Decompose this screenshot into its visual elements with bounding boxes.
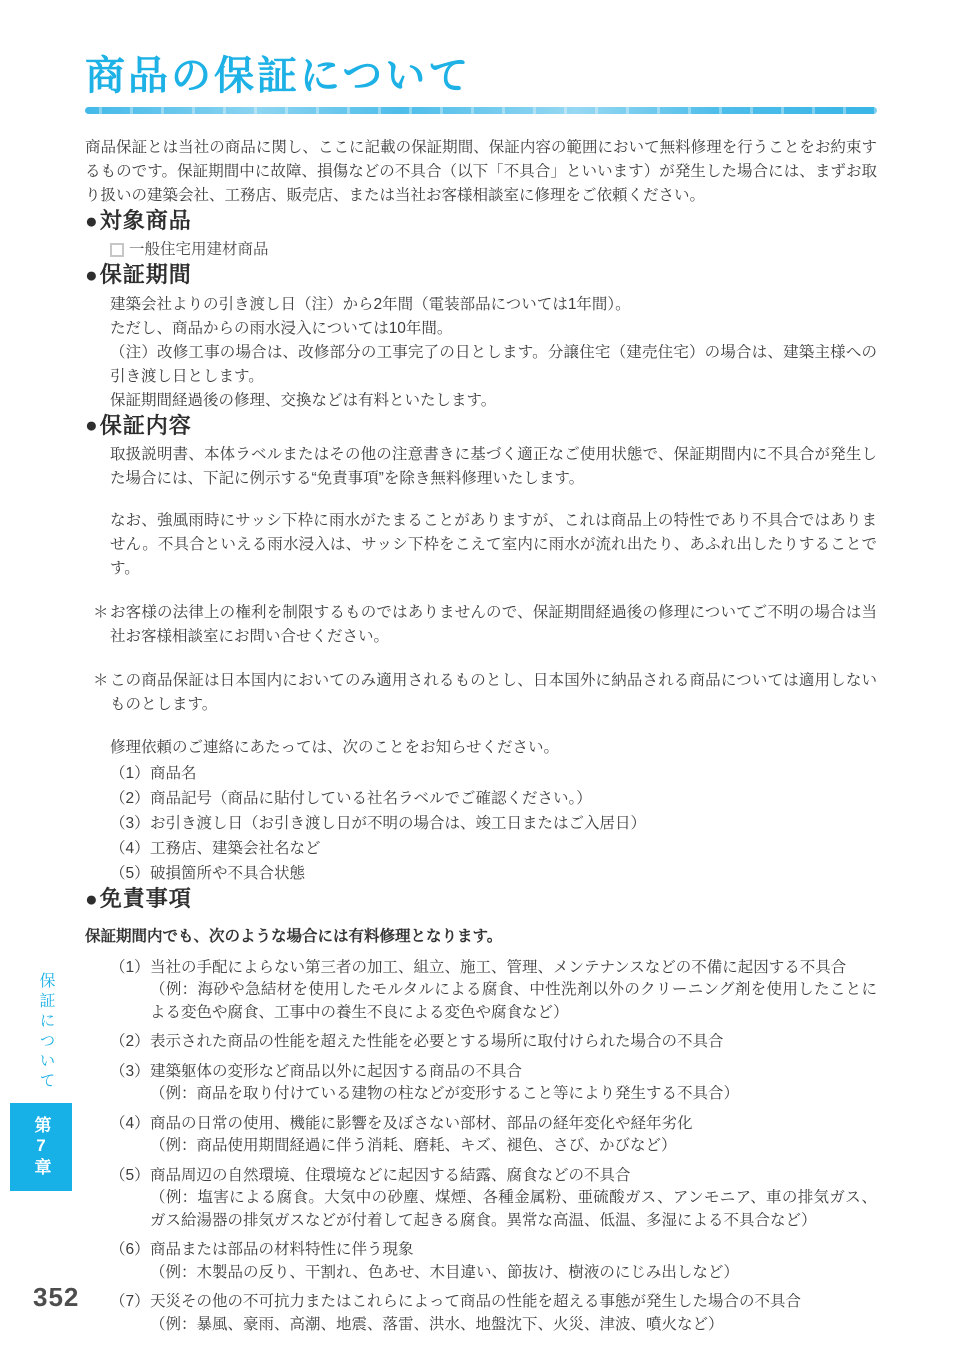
exemption-item: （5） 商品周辺の自然環境、住環境などに起因する結露、腐食などの不具合 （例：塩… [110,1165,877,1233]
item-number: （5） [110,1165,150,1233]
exemption-list: （1） 当社の手配によらない第三者の加工、組立、施工、管理、メンテナンスなどの不… [110,957,877,1337]
section-heading-label: 免責事項 [100,886,192,912]
section-heading-coverage: ● 保証内容 [85,413,877,439]
item-number: （3） [110,1061,150,1106]
exemption-lead: 保証期間内でも、次のような場合には有料修理となります。 [85,925,877,949]
exemption-item: （3） 建築躯体の変形など商品以外に起因する商品の不具合 （例：商品を取り付けて… [110,1061,877,1106]
item-number: （2） [110,787,150,811]
exemption-item: （7） 天災その他の不可抗力またはこれらによって商品の性能を超える事態が発生した… [110,1291,877,1336]
page-title: 商品の保証について [85,54,877,98]
list-item: （3） お引き渡し日（お引き渡し日が不明の場合は、竣工日またはご入居日） [110,812,877,836]
page-number: 352 [33,1282,79,1313]
coverage-paragraph: なお、強風雨時にサッシ下枠に雨水がたまることがありますが、これは商品上の特性であ… [110,509,877,581]
asterisk-icon: ＊ [93,601,110,649]
list-item: （1） 商品名 [110,762,877,786]
bullet-icon: ● [85,211,99,232]
note-text: この商品保証は日本国内においてのみ適用されるものとし、日本国外に納品される商品に… [110,669,877,717]
checkbox-icon [110,243,124,257]
chapter-badge: 第7章 [10,1103,72,1191]
list-item: （4） 工務店、建築会社名など [110,837,877,861]
period-line: （注）改修工事の場合は、改修部分の工事完了の日とします。分譲住宅（建売住宅）の場… [110,341,877,389]
item-example: （例：海砂や急結材を使用したモルタルによる腐食、中性洗剤以外のクリーニング剤を使… [150,979,877,1024]
note-text: お客様の法律上の権利を制限するものではありませんので、保証期間経過後の修理につい… [110,601,877,649]
period-line: ただし、商品からの雨水浸入については10年間。 [110,317,877,341]
item-text: 商品名 [150,762,877,786]
item-number: （1） [110,957,150,1025]
period-line: 保証期間経過後の修理、交換などは有料といたします。 [110,389,877,413]
exemption-item: （1） 当社の手配によらない第三者の加工、組立、施工、管理、メンテナンスなどの不… [110,957,877,1025]
asterisk-icon: ＊ [93,669,110,717]
section-heading-label: 保証期間 [100,262,192,288]
chapter-badge-text: 第7章 [33,1116,50,1178]
item-text: 表示された商品の性能を超えた性能を必要とする場所に取付けられた場合の不具合 [150,1031,877,1054]
bullet-icon: ● [85,889,99,910]
target-item-label: 一般住宅用建材商品 [129,238,269,262]
section-heading-period: ● 保証期間 [85,262,877,288]
sidebar-section-label: 保証について [37,972,53,1092]
item-text: 商品記号（商品に貼付している社名ラベルでご確認ください。） [150,787,877,811]
item-number: （4） [110,837,150,861]
period-line: 建築会社よりの引き渡し日（注）から2年間（電装部品については1年間）。 [110,293,877,317]
item-text: 商品または部品の材料特性に伴う現象 [150,1239,877,1262]
target-item-line: 一般住宅用建材商品 [110,238,877,262]
item-example: （例：商品使用期間経過に伴う消耗、磨耗、キズ、褪色、さび、かびなど） [150,1135,877,1158]
item-number: （7） [110,1291,150,1336]
section-heading-target: ● 対象商品 [85,208,877,234]
repair-list: （1） 商品名 （2） 商品記号（商品に貼付している社名ラベルでご確認ください。… [110,762,877,886]
bullet-icon: ● [85,265,99,286]
list-item: （5） 破損箇所や不具合状態 [110,862,877,886]
exemption-item: （4） 商品の日常の使用、機能に影響を及ぼさない部材、部品の経年変化や経年劣化 … [110,1113,877,1158]
exemption-item: （2） 表示された商品の性能を超えた性能を必要とする場所に取付けられた場合の不具… [110,1031,877,1054]
coverage-paragraph: 取扱説明書、本体ラベルまたはその他の注意書きに基づく適正なご使用状態で、保証期間… [110,443,877,491]
item-text: お引き渡し日（お引き渡し日が不明の場合は、竣工日またはご入居日） [150,812,877,836]
section-heading-label: 保証内容 [100,413,192,439]
main-content: 商品の保証について 商品保証とは当社の商品に関し、ここに記載の保証期間、保証内容… [85,54,877,1343]
note-item: ＊ この商品保証は日本国内においてのみ適用されるものとし、日本国外に納品される商… [85,669,877,717]
item-example: （例：塩害による腐食。大気中の砂塵、煤煙、各種金属粉、亜硫酸ガス、アンモニア、車… [150,1187,877,1232]
note-item: ＊ お客様の法律上の権利を制限するものではありませんので、保証期間経過後の修理に… [85,601,877,649]
item-text: 商品の日常の使用、機能に影響を及ぼさない部材、部品の経年変化や経年劣化 [150,1113,877,1136]
section-heading-label: 対象商品 [100,208,192,234]
document-page: 保証について 第7章 352 商品の保証について 商品保証とは当社の商品に関し、… [0,0,960,1358]
item-number: （1） [110,762,150,786]
item-number: （3） [110,812,150,836]
item-text: 天災その他の不可抗力またはこれらによって商品の性能を超える事態が発生した場合の不… [150,1291,877,1314]
item-example: （例：商品を取り付けている建物の柱などが変形すること等により発生する不具合） [150,1083,877,1106]
item-text: 建築躯体の変形など商品以外に起因する商品の不具合 [150,1061,877,1084]
item-number: （5） [110,862,150,886]
intro-paragraph: 商品保証とは当社の商品に関し、ここに記載の保証期間、保証内容の範囲において無料修… [85,136,877,208]
list-item: （2） 商品記号（商品に貼付している社名ラベルでご確認ください。） [110,787,877,811]
item-text: 当社の手配によらない第三者の加工、組立、施工、管理、メンテナンスなどの不備に起因… [150,957,877,980]
title-underline [85,107,877,114]
item-number: （4） [110,1113,150,1158]
exemption-item: （6） 商品または部品の材料特性に伴う現象 （例：木製品の反り、干割れ、色あせ、… [110,1239,877,1284]
item-number: （2） [110,1031,150,1054]
section-heading-exemption: ● 免責事項 [85,886,877,912]
bullet-icon: ● [85,415,99,436]
item-example: （例：暴風、豪雨、高潮、地震、落雷、洪水、地盤沈下、火災、津波、噴火など） [150,1314,877,1337]
period-body: 建築会社よりの引き渡し日（注）から2年間（電装部品については1年間）。 ただし、… [110,293,877,413]
item-text: 破損箇所や不具合状態 [150,862,877,886]
item-text: 商品周辺の自然環境、住環境などに起因する結露、腐食などの不具合 [150,1165,877,1188]
item-text: 工務店、建築会社名など [150,837,877,861]
item-number: （6） [110,1239,150,1284]
repair-lead: 修理依頼のご連絡にあたっては、次のことをお知らせください。 [110,736,877,760]
item-example: （例：木製品の反り、干割れ、色あせ、木目違い、節抜け、樹液のにじみ出しなど） [150,1262,877,1285]
